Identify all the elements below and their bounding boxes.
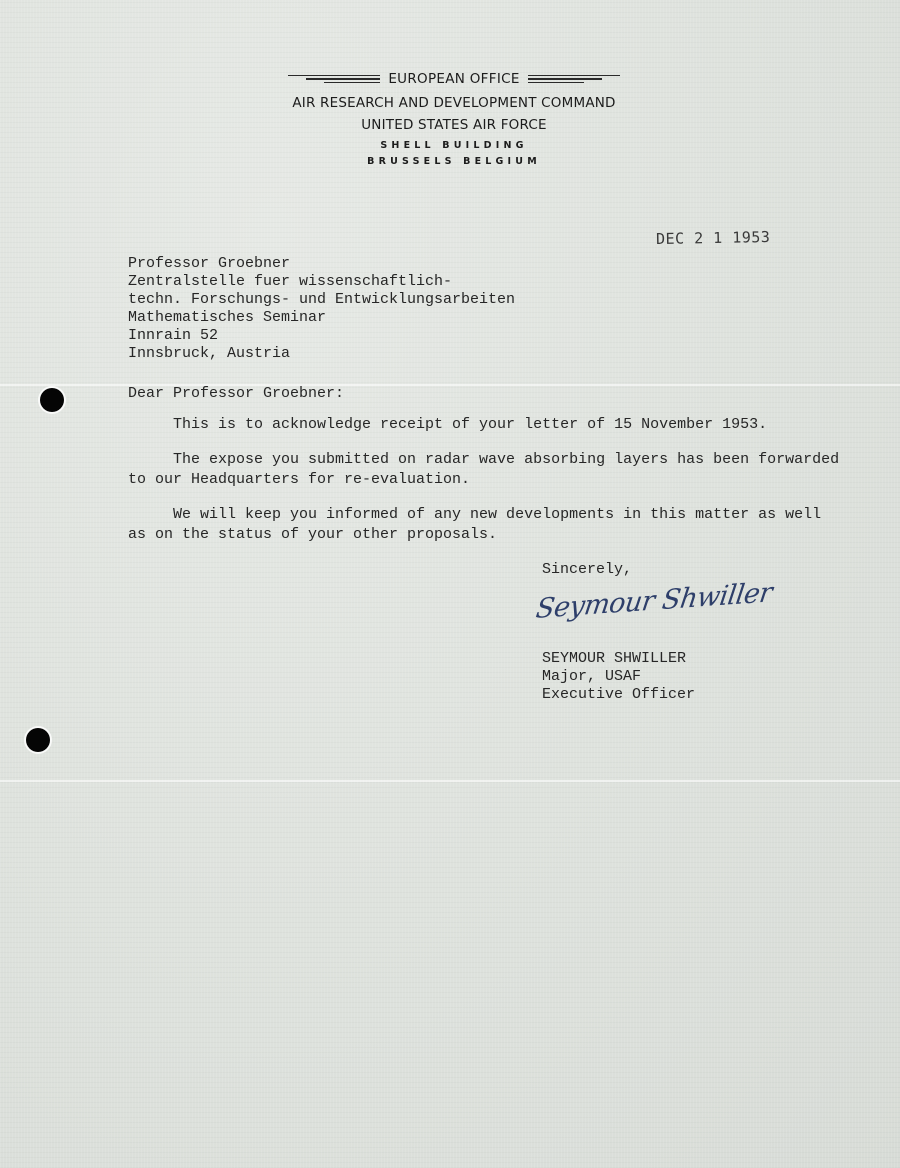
- body-paragraph: This is to acknowledge receipt of your l…: [128, 415, 767, 435]
- signatory-title: Executive Officer: [542, 686, 695, 704]
- address-line: techn. Forschungs- und Entwicklungsarbei…: [128, 291, 515, 309]
- handwritten-signature: Seymour Shwiller: [534, 577, 774, 625]
- address-line: Mathematisches Seminar: [128, 309, 515, 327]
- recipient-address: Professor Groebner Zentralstelle fuer wi…: [128, 255, 515, 363]
- address-line: Innsbruck, Austria: [128, 345, 515, 363]
- signature-block: SEYMOUR SHWILLER Major, USAF Executive O…: [542, 650, 695, 704]
- signatory-name: SEYMOUR SHWILLER: [542, 650, 695, 668]
- date-stamp: DEC 2 1 1953: [656, 228, 771, 248]
- letterhead-title-row: EUROPEAN OFFICE: [0, 68, 900, 90]
- decorative-rule-right: [528, 75, 620, 84]
- fold-line-lower: [0, 780, 900, 782]
- salutation: Dear Professor Groebner:: [128, 385, 344, 402]
- body-paragraph: The expose you submitted on radar wave a…: [128, 450, 839, 490]
- punch-hole-upper: [40, 388, 64, 412]
- body-paragraph: We will keep you informed of any new dev…: [128, 505, 821, 545]
- closing: Sincerely,: [542, 561, 632, 578]
- signatory-rank: Major, USAF: [542, 668, 695, 686]
- address-line: Innrain 52: [128, 327, 515, 345]
- address-line: Zentralstelle fuer wissenschaftlich-: [128, 273, 515, 291]
- letterhead-building: SHELL BUILDING: [0, 140, 900, 151]
- letterhead-city: BRUSSELS BELGIUM: [0, 156, 900, 167]
- letterhead-service: UNITED STATES AIR FORCE: [0, 117, 900, 133]
- letterhead-command: AIR RESEARCH AND DEVELOPMENT COMMAND: [0, 95, 900, 111]
- decorative-rule-left: [288, 75, 380, 84]
- punch-hole-lower: [26, 728, 50, 752]
- letterhead-office: EUROPEAN OFFICE: [388, 71, 519, 87]
- address-line: Professor Groebner: [128, 255, 515, 273]
- letterhead: EUROPEAN OFFICE AIR RESEARCH AND DEVELOP…: [0, 68, 900, 167]
